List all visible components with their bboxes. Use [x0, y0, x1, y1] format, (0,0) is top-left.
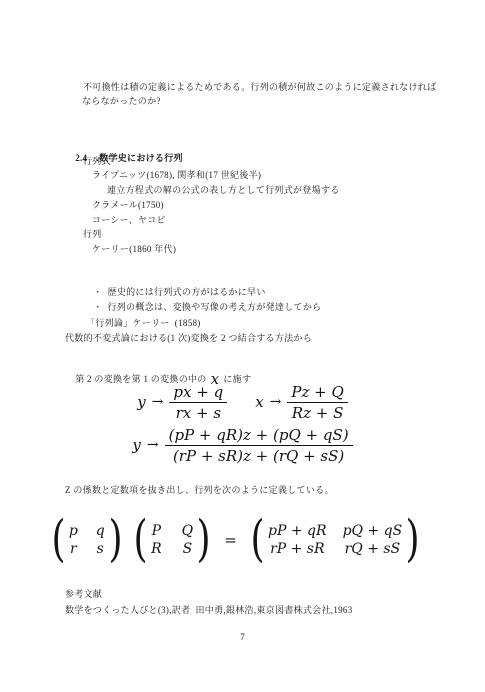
- outline-item-cramer: クラメール(1750): [92, 199, 164, 212]
- page-number: 7: [0, 632, 485, 642]
- formula-row-first-transforms: y → px + q rx + s x → Pz + Q Rz + S: [0, 383, 485, 421]
- matrix-product-equation: ( pq rs ) ( PQ RS ) = ( pP + qRpQ + qS r…: [0, 516, 478, 564]
- formula-lhs: y: [137, 393, 145, 411]
- intro-line-2: ならなかったのか?: [82, 95, 161, 108]
- outline-item-leibniz: ライプニッツ(1678), 関孝和(17 世紀後半): [92, 169, 261, 182]
- matrix-cell: P: [151, 523, 162, 539]
- fraction: (pP + qR)z + (pQ + qS) (rP + sR)z + (rQ …: [165, 426, 353, 465]
- outline-item-simultaneous-equations: 連立方程式の解の公式の表し方として行列式が登場する: [107, 184, 340, 197]
- references-heading: 参考文献: [65, 588, 102, 601]
- matrix-cell: R: [151, 541, 162, 557]
- open-paren: (: [250, 518, 264, 563]
- rightarrow-icon: →: [152, 394, 164, 410]
- coefficient-extraction-line: Z の係数と定数項を抜き出し、行列を次のように定義している。: [65, 484, 334, 497]
- open-paren: (: [133, 518, 147, 563]
- close-paren: ): [197, 518, 211, 563]
- references-entry: 数学をつくった人びと(3),訳者 田中勇,銀林浩,東京図書株式会社,1963: [65, 604, 353, 617]
- matrix-pqrs: ( pq rs ): [50, 520, 124, 560]
- formula-lhs: y: [132, 436, 140, 454]
- fraction-denominator: rx + s: [169, 402, 227, 422]
- open-paren: (: [51, 518, 65, 563]
- formula-composed: y → (pP + qR)z + (pQ + qS) (rP + sR)z + …: [132, 426, 352, 465]
- fraction-numerator: px + q: [169, 383, 227, 402]
- matrix-cell: r: [69, 541, 78, 557]
- matrix-cells: PQ RS: [151, 523, 193, 557]
- close-paren: ): [108, 518, 122, 563]
- bullet-text-2: 行列の概念は、変換や写像の考え方が発達してから: [108, 302, 322, 312]
- cayley-memoir-line: 「行列論」ケーリー (1858): [86, 317, 201, 330]
- equals-sign: =: [224, 531, 237, 549]
- invariant-theory-line: 代数的不変式論における(1 次)変換を 2 つ結合する方法から: [65, 332, 312, 345]
- document-page: 不可換性は積の定義によるためである。行列の積が何故このように定義されなければ な…: [0, 0, 485, 692]
- fraction-denominator: (rP + sR)z + (rQ + sS): [165, 445, 353, 465]
- fraction: Pz + Q Rz + S: [287, 383, 347, 422]
- outline-item-cayley: ケーリー(1860 年代): [92, 243, 176, 256]
- matrix-cells: pP + qRpQ + qS rP + sRrQ + sS: [268, 523, 402, 557]
- formula-x-transform: x → Pz + Q Rz + S: [255, 383, 348, 422]
- matrix-cell: Q: [182, 523, 193, 539]
- fraction-numerator: Pz + Q: [287, 383, 347, 402]
- matrix-cell: rQ + sS: [343, 541, 403, 557]
- matrix-cell: rP + sR: [268, 541, 327, 557]
- matrix-cell: p: [69, 523, 78, 539]
- bullet-dot-icon: ·: [96, 301, 99, 314]
- formula-lhs: x: [255, 393, 263, 411]
- outline-item-cauchy-jacobi: コーシー、ヤコビ: [92, 214, 166, 227]
- outline-item-determinant: 行列式: [83, 155, 111, 168]
- fraction-numerator: (pP + qR)z + (pQ + qS): [165, 426, 353, 445]
- matrix-cells: pq rs: [69, 523, 105, 557]
- formula-row-composed-transform: y → (pP + qR)z + (pQ + qS) (rP + sR)z + …: [0, 425, 485, 465]
- matrix-cell: S: [182, 541, 193, 557]
- formula-y-transform: y → px + q rx + s: [137, 383, 227, 422]
- intro-line-1: 不可換性は積の定義によるためである。行列の積が何故このように定義されなければ: [83, 81, 436, 94]
- rightarrow-icon: →: [270, 394, 282, 410]
- matrix-cell: s: [96, 541, 105, 557]
- fraction-denominator: Rz + S: [287, 402, 347, 422]
- matrix-product-result: ( pP + qRpQ + qS rP + sRrQ + sS ): [249, 520, 421, 560]
- close-paren: ): [406, 518, 420, 563]
- matrix-cell: q: [96, 523, 105, 539]
- matrix-cell: pP + qR: [268, 523, 327, 539]
- matrix-cell: pQ + qS: [343, 523, 403, 539]
- matrix-PQRS: ( PQ RS ): [132, 520, 212, 560]
- fraction: px + q rx + s: [169, 383, 227, 422]
- rightarrow-icon: →: [147, 437, 159, 453]
- outline-item-matrix: 行列: [83, 228, 102, 241]
